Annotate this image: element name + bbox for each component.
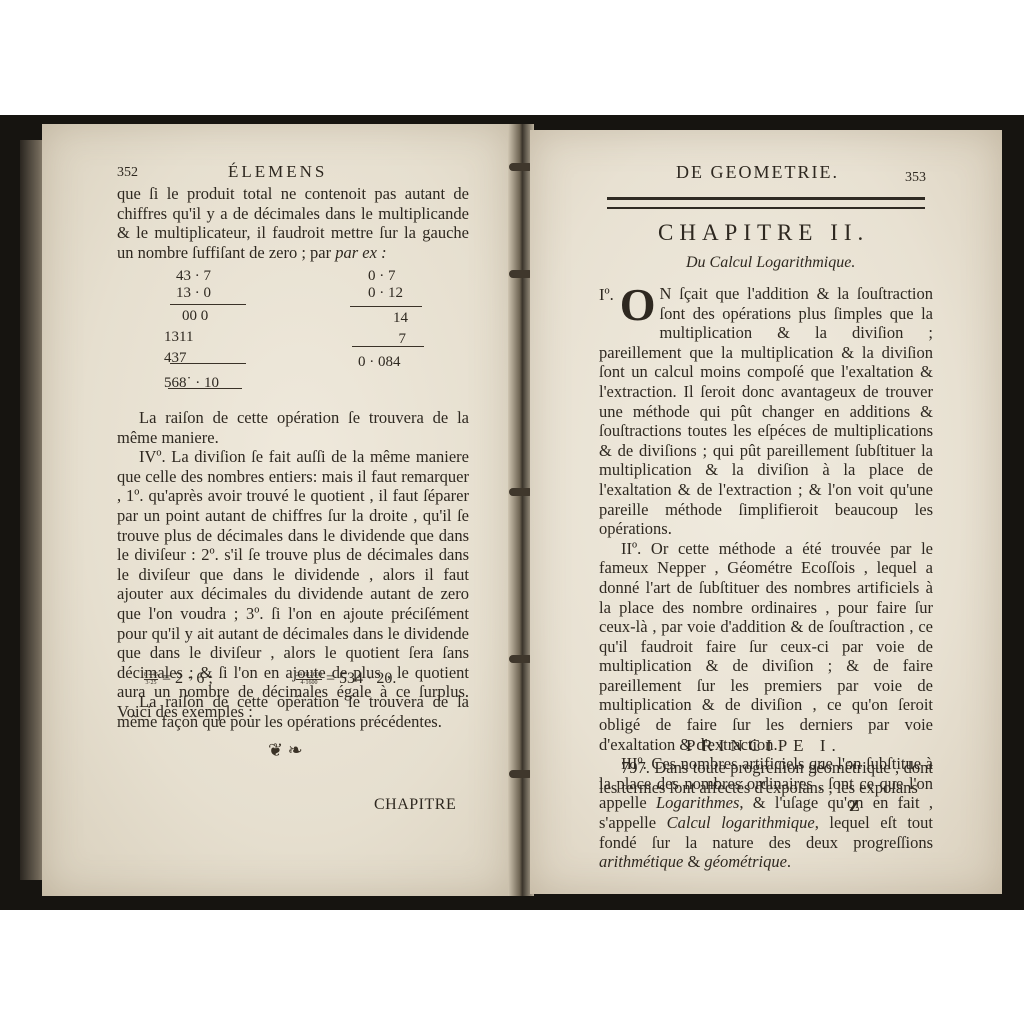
- header-double-rule: [607, 197, 925, 209]
- chapter-title: CHAPITRE II.: [658, 220, 869, 246]
- left-closing-text: La raiſon de cette opération ſe trouvera…: [117, 692, 469, 731]
- drop-cap: O: [620, 286, 656, 324]
- rule: [170, 304, 246, 305]
- signature-mark: Z: [849, 798, 860, 816]
- division-example-1: 8·4453·25 = 2 · 6 ;: [144, 670, 213, 688]
- left-page-number: 352: [117, 165, 138, 181]
- chapter-subtitle: Du Calcul Logarithmique.: [686, 254, 855, 272]
- principle-text: 797. Dans toute progreſſion géométrique …: [599, 758, 933, 797]
- right-running-head: DE GEOMETRIE.: [676, 162, 839, 183]
- left-running-head: ÉLEMENS: [228, 162, 327, 182]
- multiplication-example-2: 0 · 7 0 · 12 14 7 0 · 084: [358, 268, 428, 371]
- principle-heading: PRINCIPE I.: [686, 736, 842, 756]
- left-intro-text: que ſi le produit total ne contenoit pas…: [117, 184, 469, 262]
- right-page-number: 353: [905, 170, 926, 186]
- division-example-2: 24·6120004·1600 = 534 · 20.: [296, 670, 396, 688]
- rule: [352, 346, 424, 347]
- catchword: CHAPITRE: [374, 796, 456, 814]
- rule: [350, 306, 422, 307]
- rule: [170, 363, 246, 364]
- rule: [168, 388, 242, 389]
- multiplication-example-1: 43 · 7 13 · 0 00 0 1311 437 568˙ · 10: [172, 268, 244, 392]
- ornament-icon: ❦ ❧: [268, 740, 303, 761]
